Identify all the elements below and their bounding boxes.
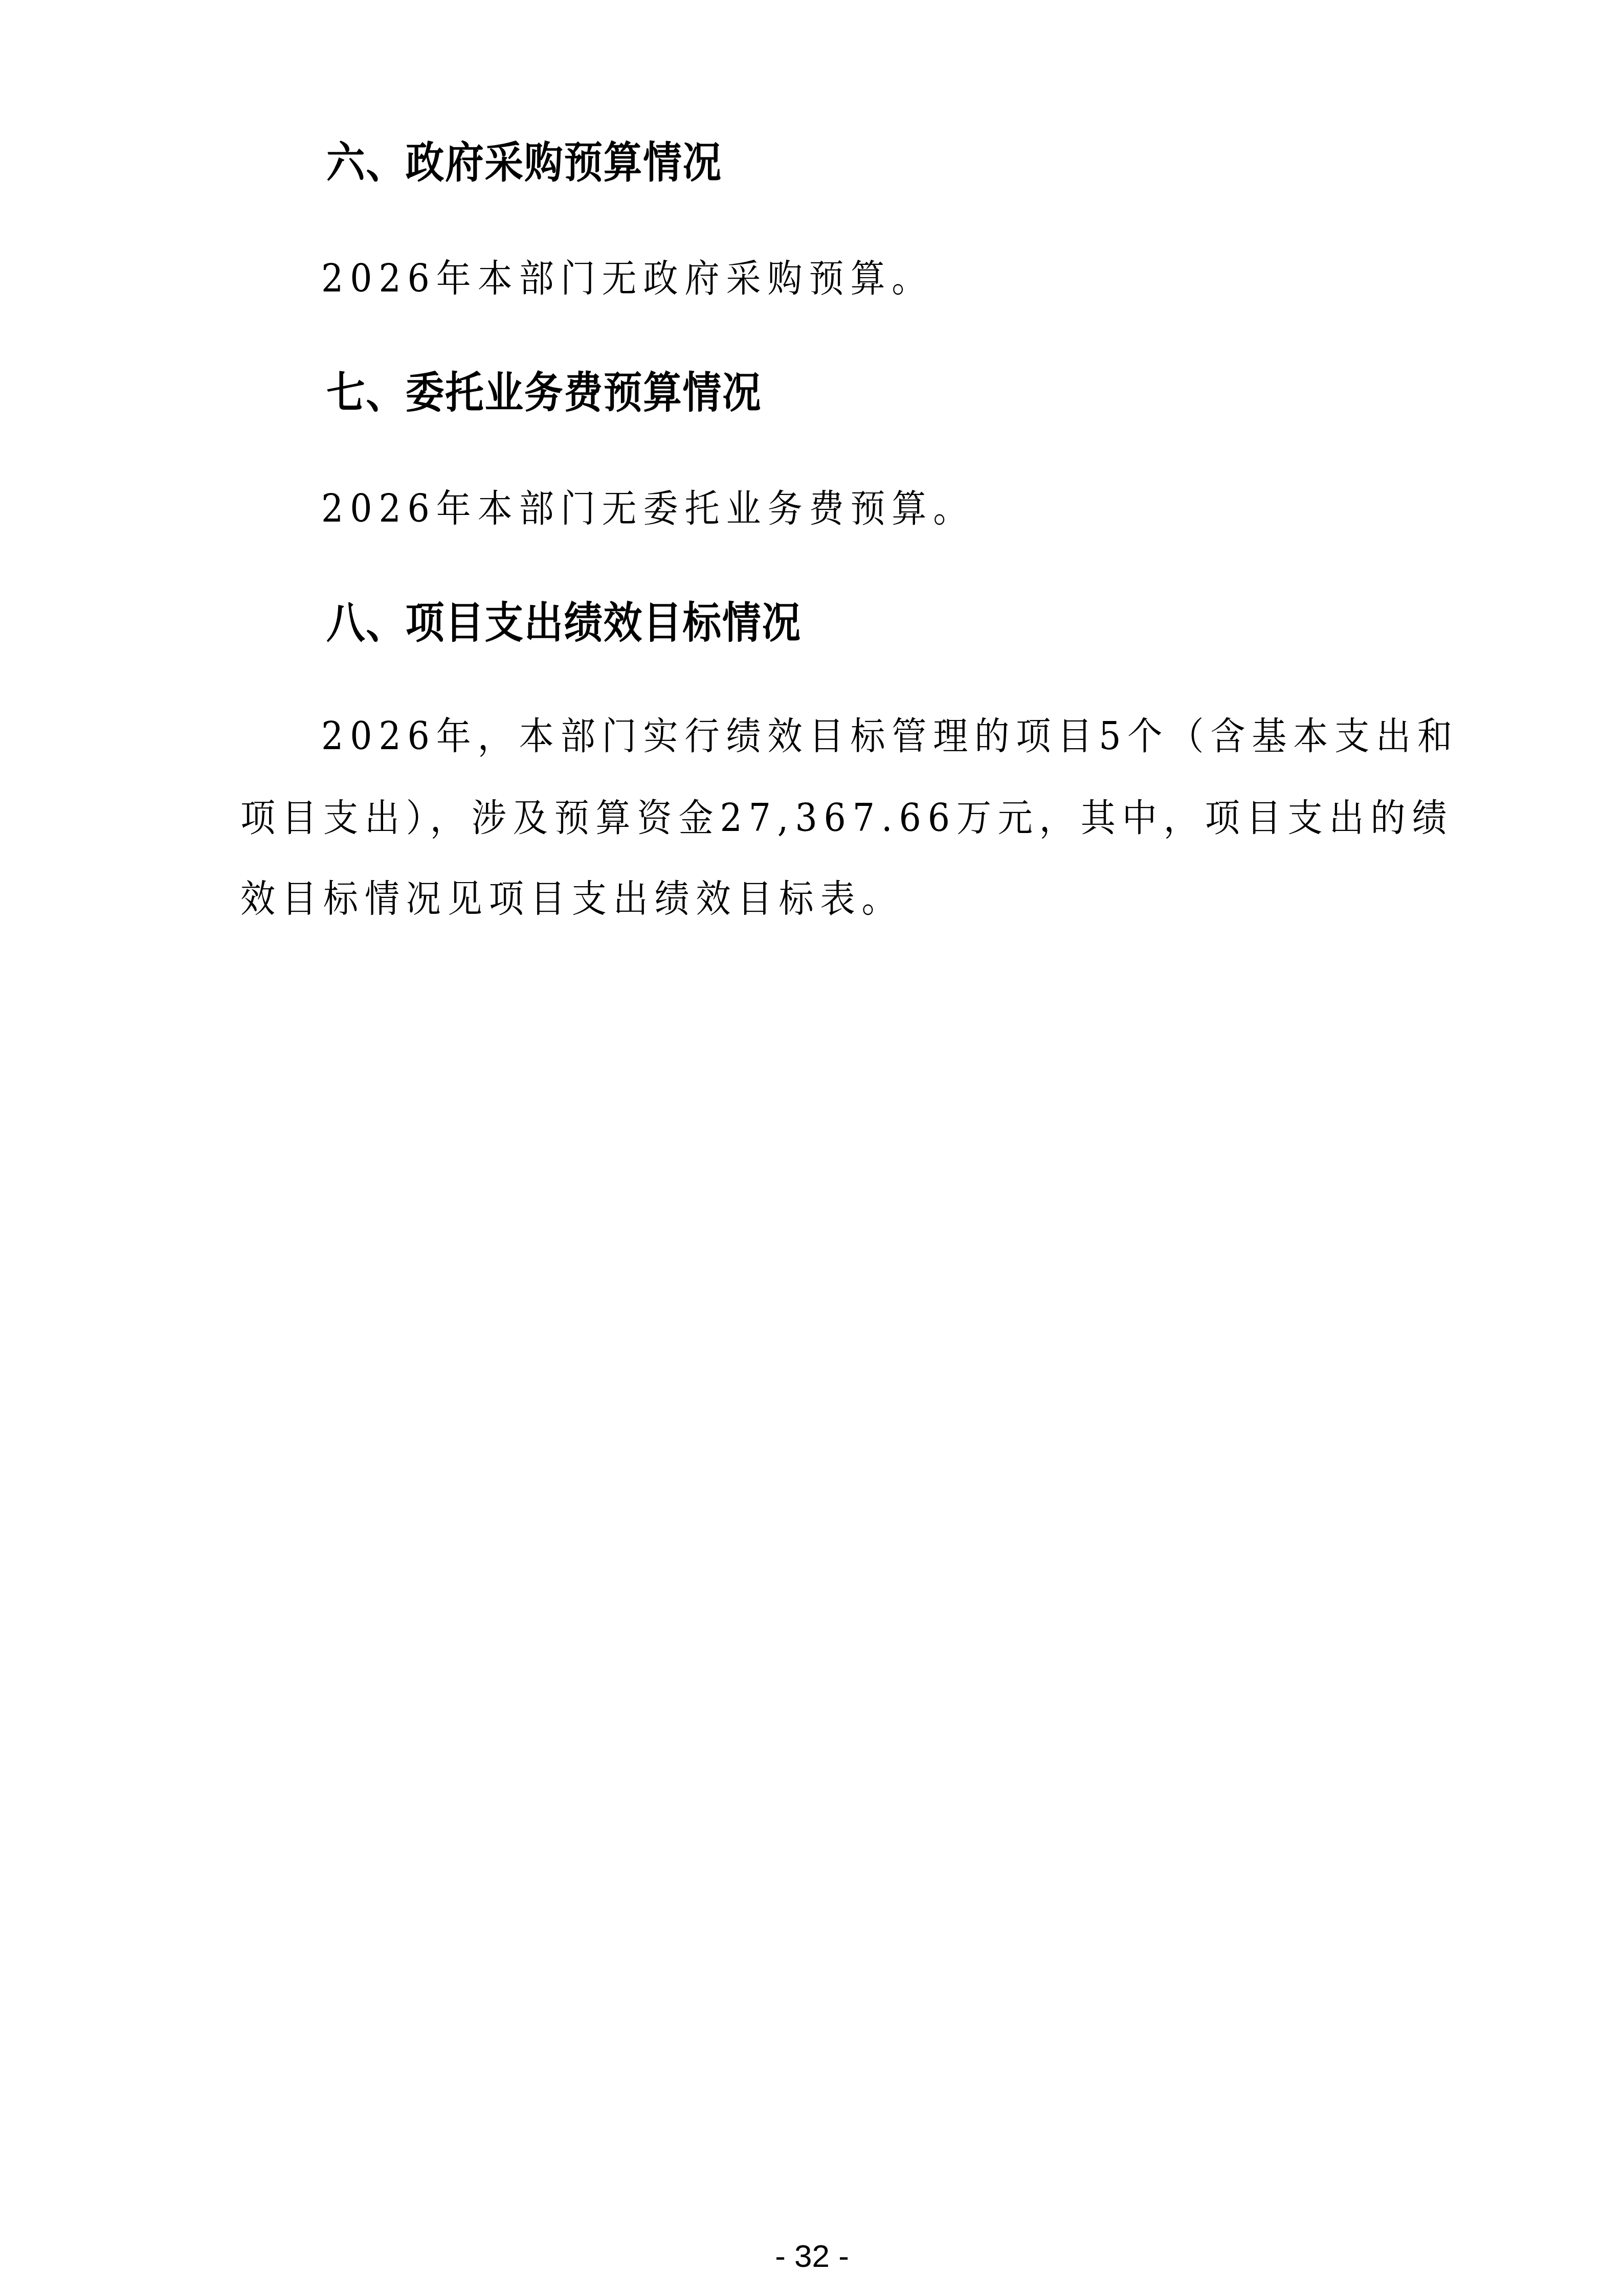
paragraph-performance-line-1: 2026年，本部门实行绩效目标管理的项目5个（含基本支出和 xyxy=(321,713,1459,759)
paragraph-performance-line-2: 项目支出），涉及预算资金27,367.66万元，其中，项目支出的绩 xyxy=(240,795,1453,841)
paragraph-performance-line-3: 效目标情况见项目支出绩效目标表。 xyxy=(240,876,903,922)
section-heading-performance-targets: 八、项目支出绩效目标情况 xyxy=(326,597,802,648)
paragraph-government-procurement: 2026年本部门无政府采购预算。 xyxy=(321,256,933,302)
page-number: - 32 - xyxy=(0,2239,1624,2275)
section-heading-government-procurement: 六、政府采购预算情况 xyxy=(326,137,722,188)
section-heading-entrusted-business-fee: 七、委托业务费预算情况 xyxy=(326,367,762,418)
paragraph-entrusted-business-fee: 2026年本部门无委托业务费预算。 xyxy=(321,486,974,532)
